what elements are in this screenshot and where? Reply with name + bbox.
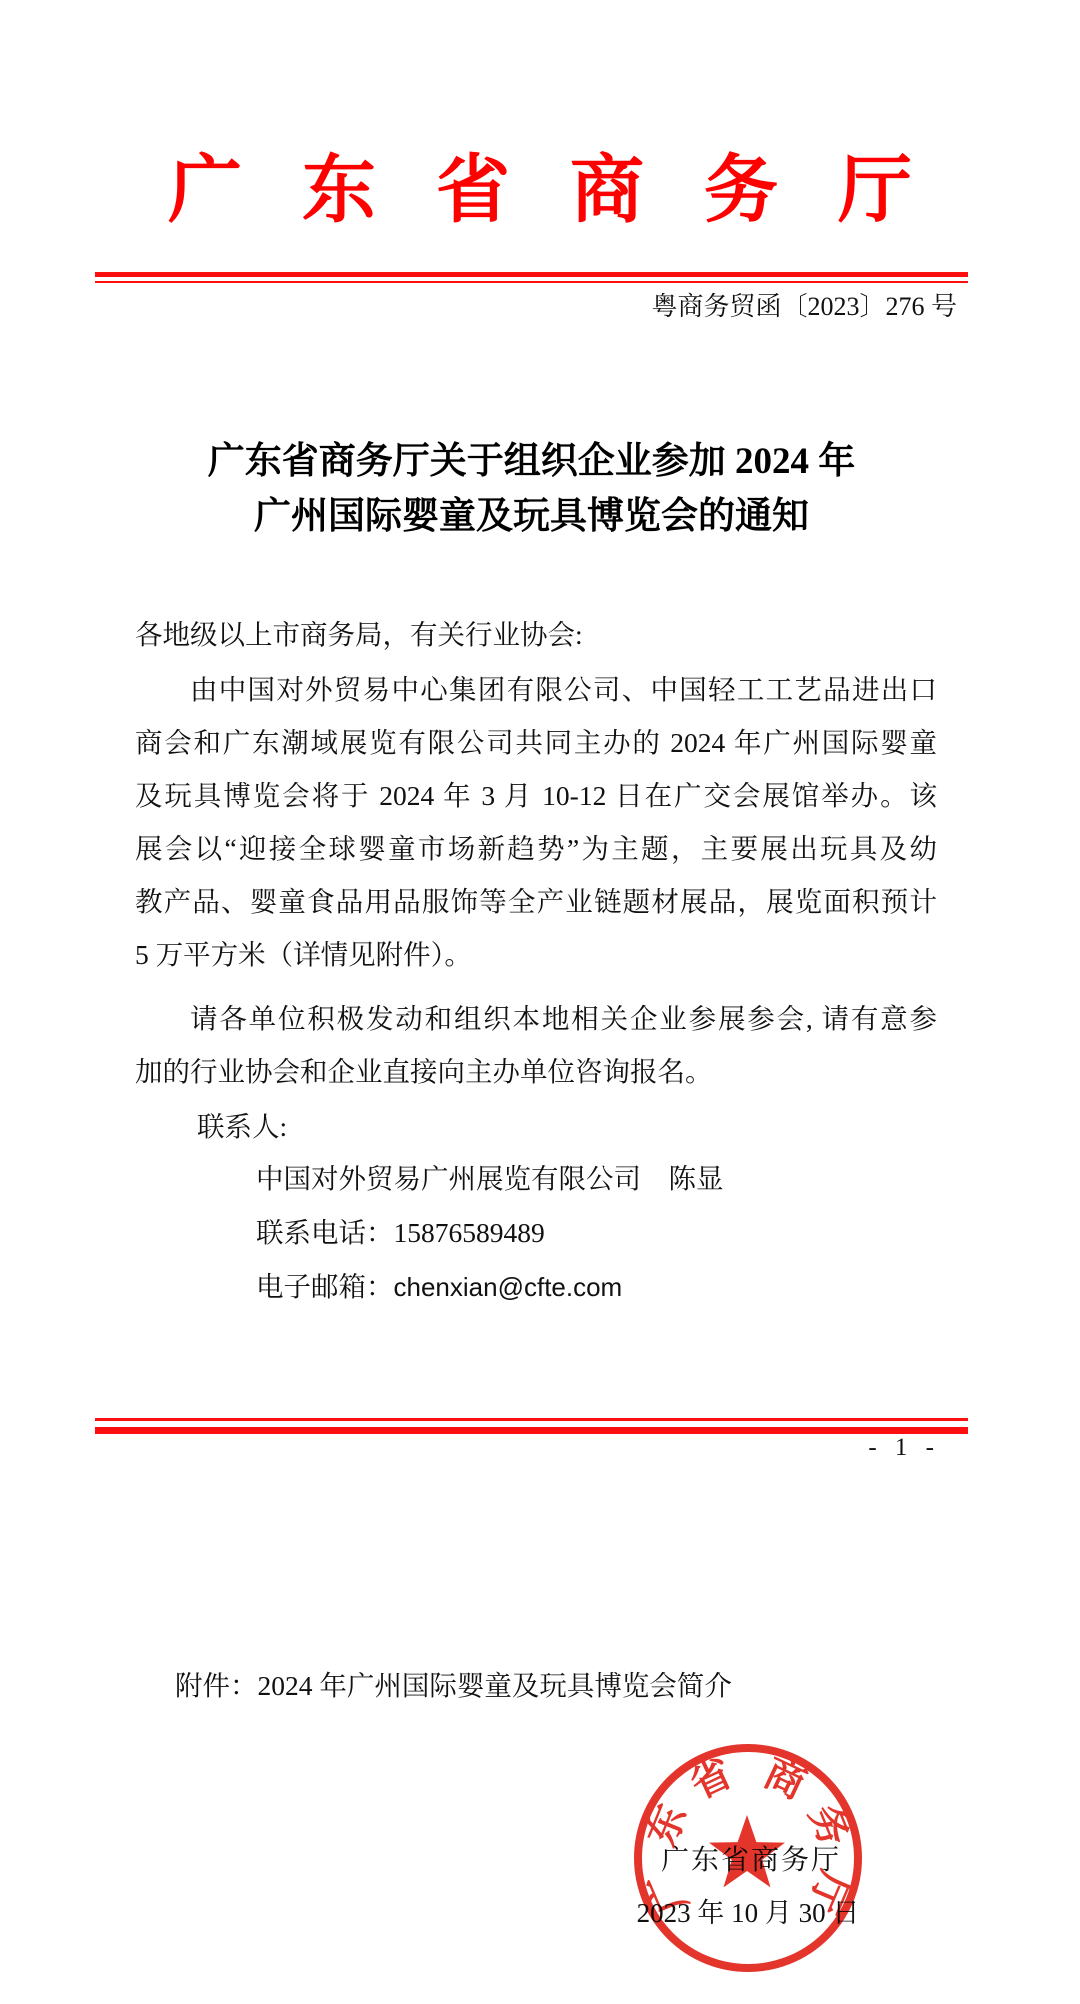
footer-rule-thick (95, 1427, 968, 1434)
contact-phone-line: 联系电话：15876589489 (256, 1206, 545, 1259)
para1-line: 商会和广东潮域展览有限公司共同主办的 2024 年广州国际婴童 (135, 716, 937, 769)
attachment-note: 附件：2024 年广州国际婴童及玩具博览会简介 (175, 1666, 732, 1706)
para2-line: 加的行业协会和企业直接向主办单位咨询报名。 (135, 1045, 937, 1098)
letterhead-text: 广东省商务厅 (168, 150, 972, 232)
letterhead-title: 广东省商务厅 (0, 146, 1080, 236)
paragraph-1: 由中国对外贸易中心集团有限公司、中国轻工工艺品进出口 商会和广东潮域展览有限公司… (135, 663, 937, 981)
doc-title: 广东省商务厅关于组织企业参加 2024 年 广州国际婴童及玩具博览会的通知 (95, 434, 968, 544)
contact-email-line: 电子邮箱：chenxian@cfte.com (256, 1260, 622, 1314)
doc-title-line2: 广州国际婴童及玩具博览会的通知 (95, 489, 968, 544)
para1-line: 及玩具博览会将于 2024 年 3 月 10-12 日在广交会展馆举办。该 (135, 769, 937, 822)
para1-line: 展会以“迎接全球婴童市场新趋势”为主题，主要展出玩具及幼 (135, 822, 937, 875)
header-rule-thick (95, 272, 968, 277)
contact-phone-value: 15876589489 (394, 1217, 545, 1248)
contact-phone-label: 联系电话： (256, 1217, 394, 1248)
para1-line: 由中国对外贸易中心集团有限公司、中国轻工工艺品进出口 (135, 663, 937, 716)
salutation: 各地级以上市商务局，有关行业协会: (135, 608, 937, 661)
para1-line: 5 万平方米（详情见附件）。 (135, 928, 937, 981)
contact-email-label: 电子邮箱： (256, 1271, 394, 1302)
contact-label: 联系人: (197, 1100, 999, 1153)
doc-title-line1: 广东省商务厅关于组织企业参加 2024 年 (95, 434, 968, 489)
doc-number: 粤商务贸函〔2023〕276 号 (95, 291, 957, 323)
official-seal: 广 东 省 商 务 厅 (623, 1733, 873, 1983)
para1-line: 教产品、婴童食品用品服饰等全产业链题材展品，展览面积预计 (135, 875, 937, 928)
seal-char: 商 (757, 1750, 812, 1808)
seal-star-icon (709, 1815, 785, 1887)
contact-email-value: chenxian@cfte.com (394, 1272, 623, 1302)
para2-line: 请各单位积极发动和组织本地相关企业参展参会, 请有意参 (135, 992, 937, 1045)
document-page: 广东省商务厅 粤商务贸函〔2023〕276 号 广东省商务厅关于组织企业参加 2… (0, 0, 1080, 2004)
paragraph-2: 请各单位积极发动和组织本地相关企业参展参会, 请有意参 加的行业协会和企业直接向… (135, 992, 937, 1098)
header-rule-thin (95, 281, 968, 283)
seal-char: 省 (683, 1750, 738, 1808)
page-number: - 1 - (95, 1434, 940, 1462)
contact-company: 中国对外贸易广州展览有限公司 陈显 (256, 1152, 724, 1205)
footer-rule-thin (95, 1418, 968, 1421)
